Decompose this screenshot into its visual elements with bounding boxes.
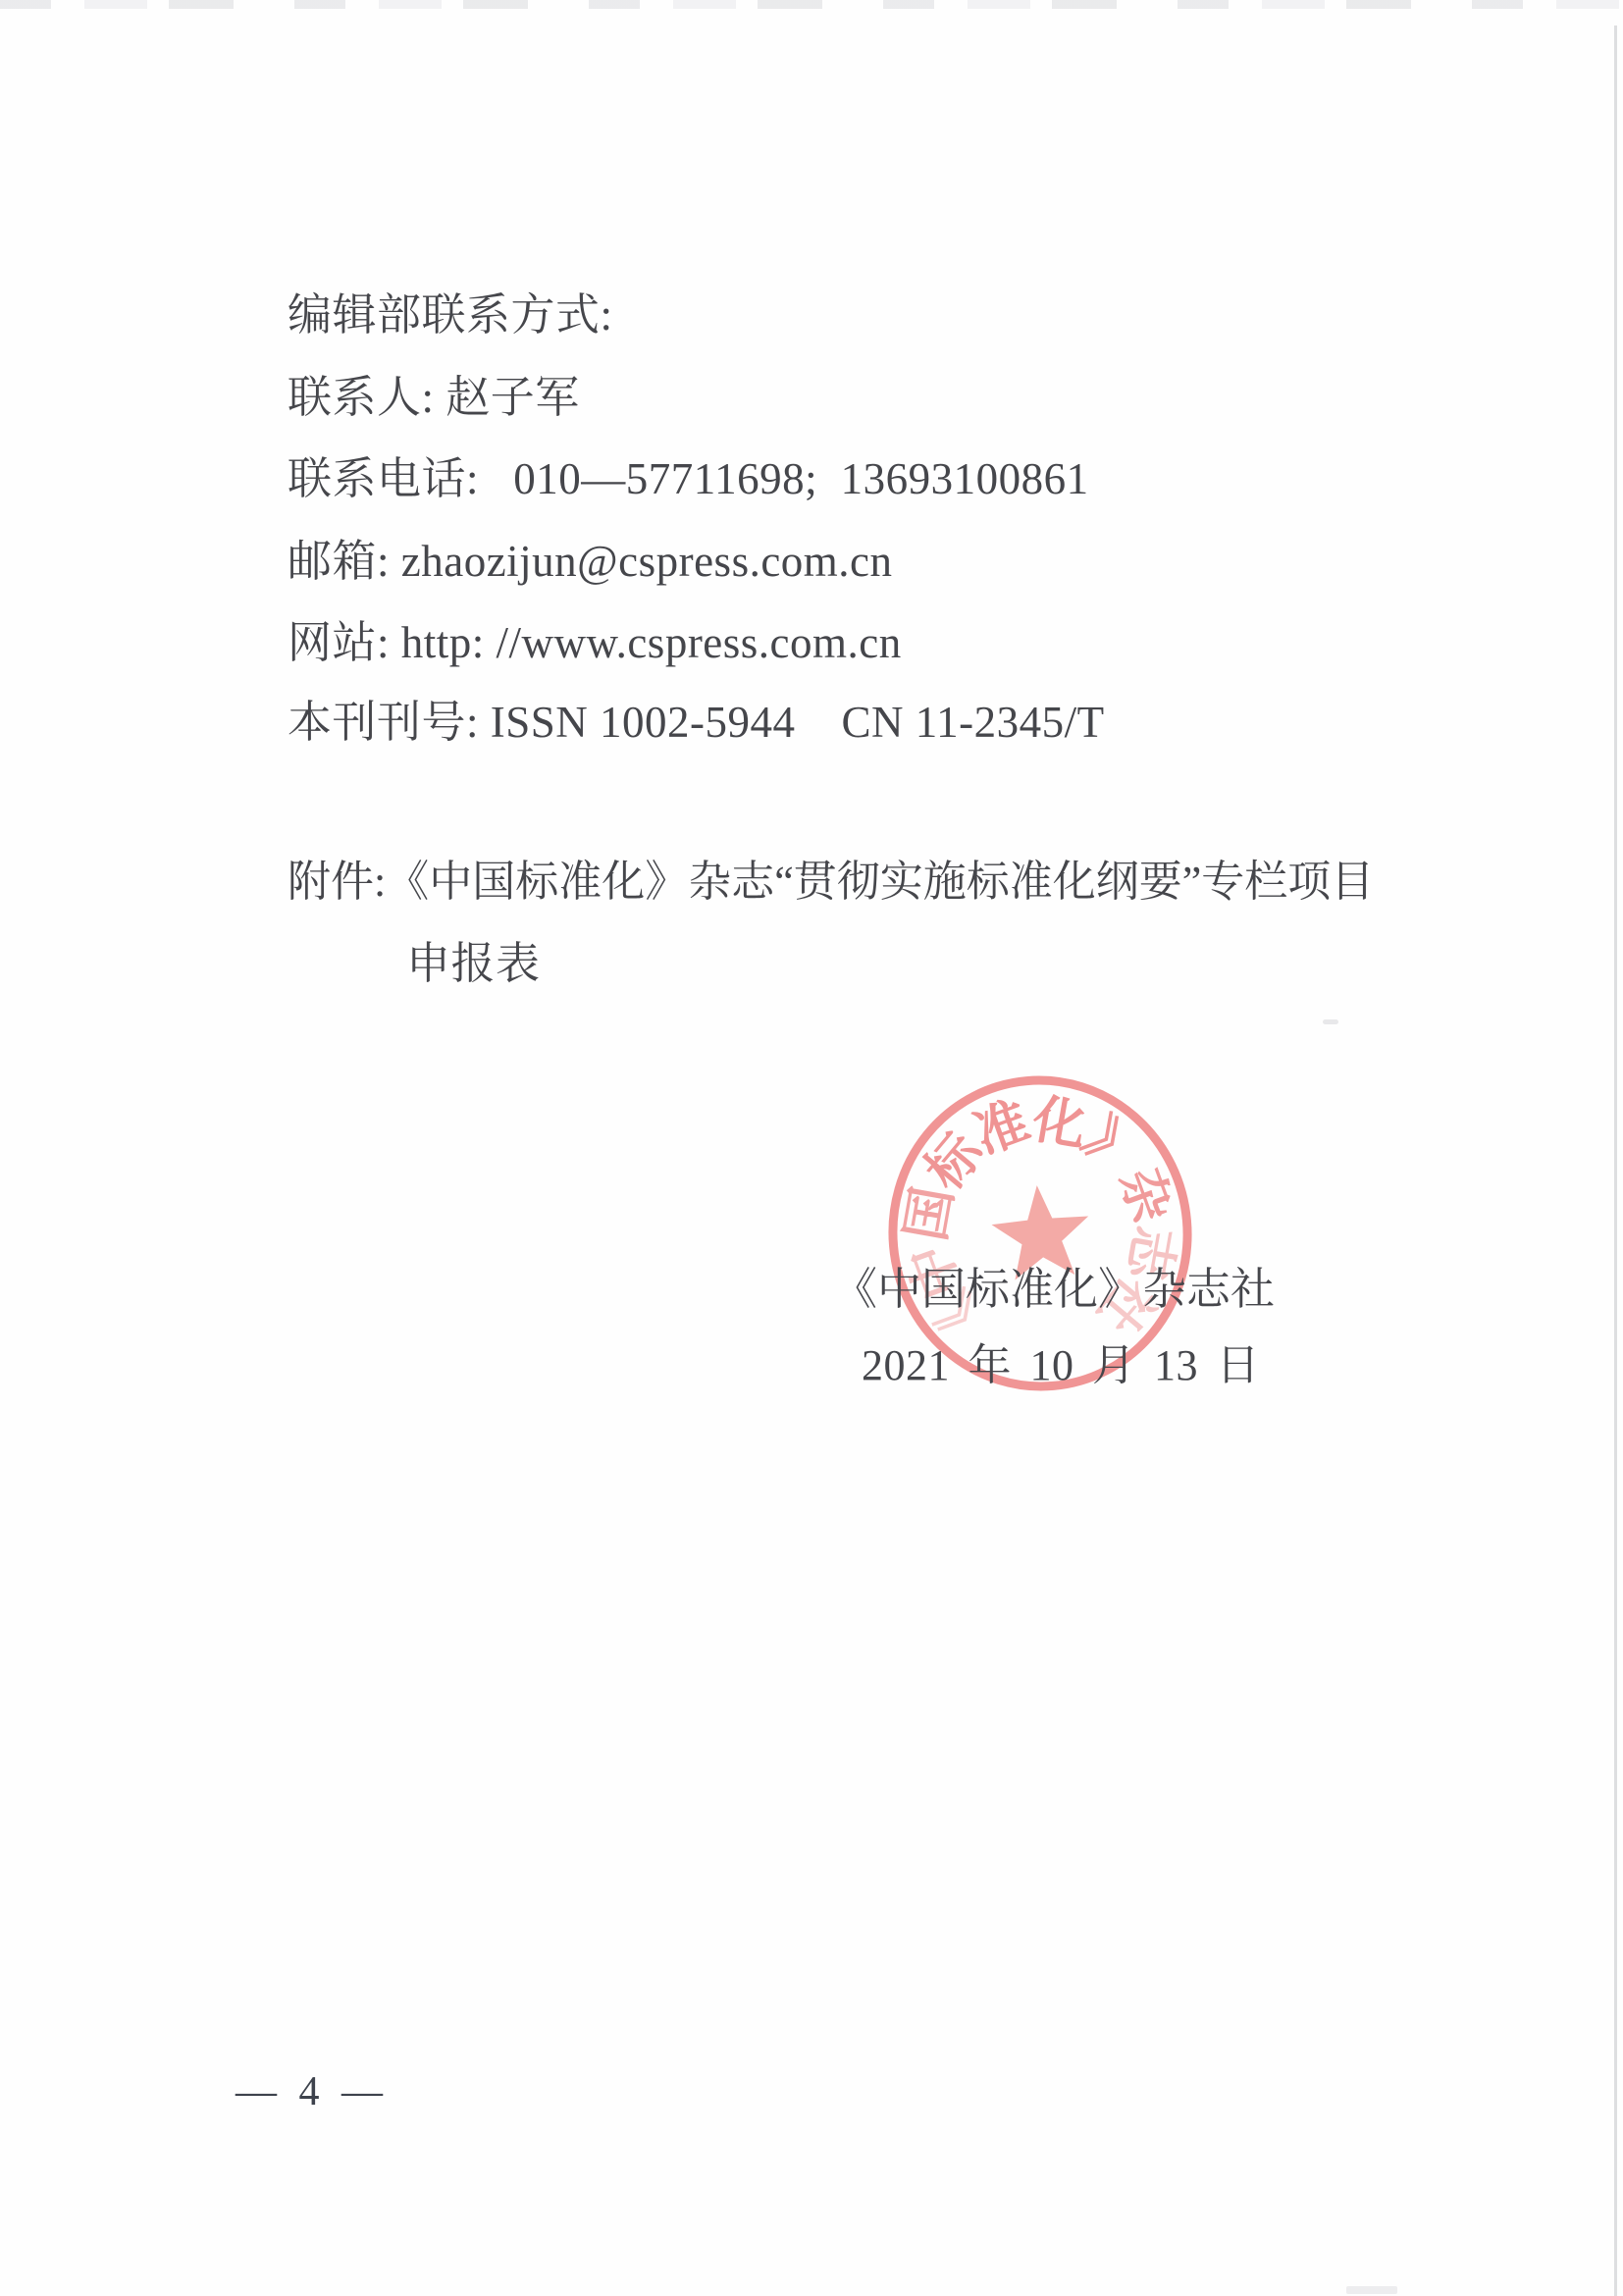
contact-website-line: 网站: http: //www.cspress.com.cn xyxy=(288,618,902,669)
scan-noise-right-edge xyxy=(1614,26,1617,2296)
page-number: — 4 — xyxy=(236,2068,384,2115)
attachment-line-2: 申报表 xyxy=(406,939,541,990)
signature-date: 2021 年 10 月 13 日 xyxy=(862,1341,1260,1391)
journal-issn-line: 本刊刊号: ISSN 1002-5944 CN 11-2345/T xyxy=(288,698,1105,749)
contact-person-line: 联系人: 赵子军 xyxy=(288,373,580,424)
signature-organization: 《中国标准化》杂志社 xyxy=(833,1265,1275,1316)
attachment-line-1: 附件:《中国标准化》杂志“贯彻实施标准化纲要”专栏项目 xyxy=(288,858,1374,908)
scanned-letter-page: 《中国标准化》杂志社 编辑部联系方式: 联系人: 赵子军 联系电话: 010—5… xyxy=(0,0,1623,2296)
scan-speckle xyxy=(1323,1019,1338,1024)
scan-noise-top-edge xyxy=(0,0,1623,9)
contact-phone-line: 联系电话: 010—57711698; 13693100861 xyxy=(288,454,1089,505)
contact-email-line: 邮箱: zhaozijun@cspress.com.cn xyxy=(288,537,893,588)
contact-heading: 编辑部联系方式: xyxy=(288,290,613,341)
scan-speckle xyxy=(1346,2286,1397,2294)
